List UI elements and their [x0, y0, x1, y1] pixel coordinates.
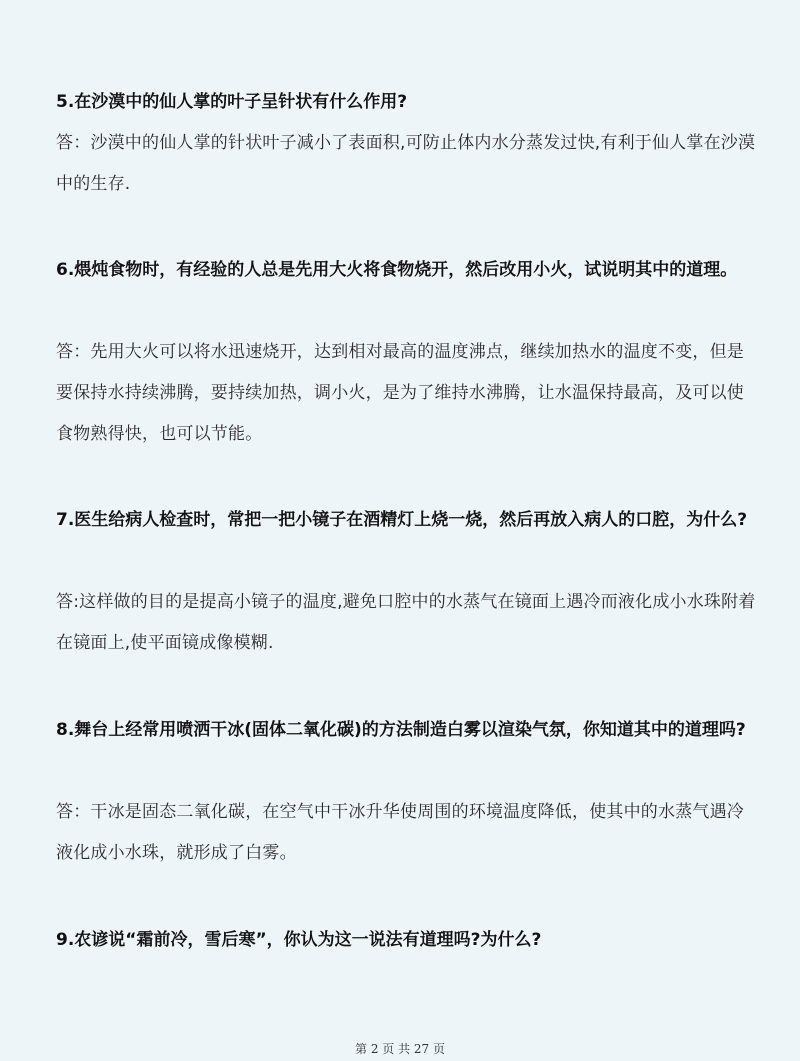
page-number: 第 2 页 共 27 页: [0, 1040, 800, 1057]
question-8: 8.舞台上经常用喷洒干冰(固体二氧化碳)的方法制造白雾以渲染气氛，你知道其中的道…: [56, 710, 756, 751]
question-9: 9.农谚说“霜前冷，雪后寒”，你认为这一说法有道理吗?为什么?: [56, 920, 756, 961]
answer-7: 答:这样做的目的是提高小镜子的温度,避免口腔中的水蒸气在镜面上遇冷而液化成小水珠…: [56, 582, 756, 664]
question-5: 5.在沙漠中的仙人掌的叶子呈针状有什么作用?: [56, 82, 756, 123]
answer-5: 答：沙漠中的仙人掌的针状叶子减小了表面积,可防止体内水分蒸发过快,有利于仙人掌在…: [56, 123, 756, 205]
answer-6: 答：先用大火可以将水迅速烧开，达到相对最高的温度沸点，继续加热水的温度不变，但是…: [56, 332, 756, 455]
question-7: 7.医生给病人检查时，常把一把小镜子在酒精灯上烧一烧，然后再放入病人的口腔，为什…: [56, 500, 756, 541]
answer-8: 答：干冰是固态二氧化碳，在空气中干冰升华使周围的环境温度降低，使其中的水蒸气遇冷…: [56, 792, 756, 874]
document-page: 5.在沙漠中的仙人掌的叶子呈针状有什么作用? 答：沙漠中的仙人掌的针状叶子减小了…: [0, 0, 800, 1061]
question-6: 6.煨炖食物时，有经验的人总是先用大火将食物烧开，然后改用小火，试说明其中的道理…: [56, 250, 756, 291]
